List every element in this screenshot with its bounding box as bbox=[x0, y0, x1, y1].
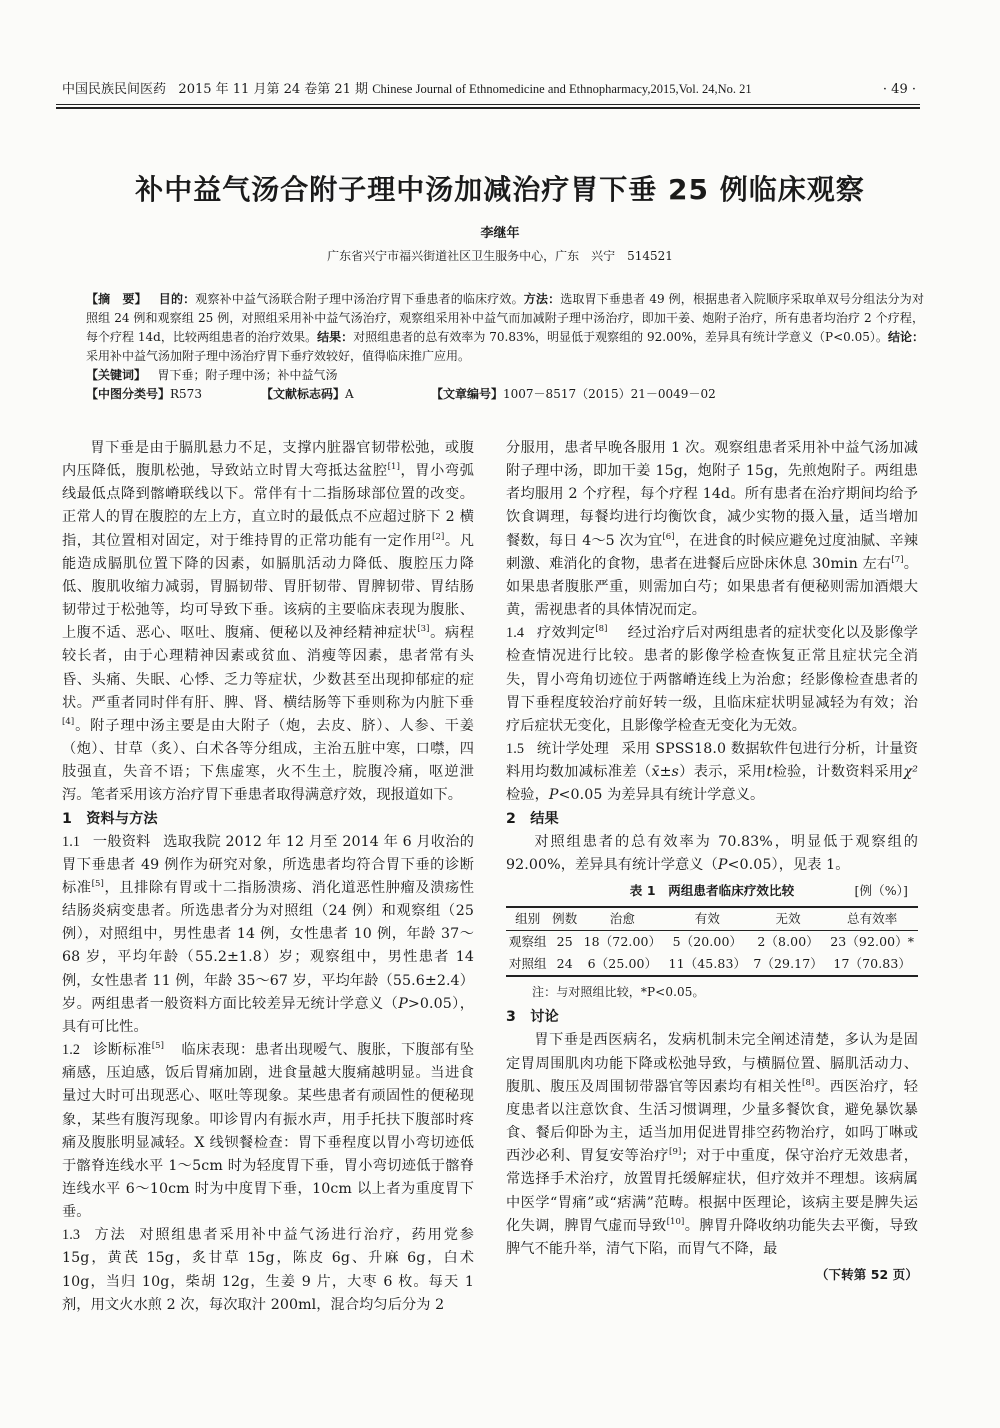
abstract-label: 【摘 要】 bbox=[86, 292, 147, 306]
table-row: 对照组 24 6（25.00） 11（45.83） 7（29.17） 17（70… bbox=[506, 953, 918, 976]
citation: [3] bbox=[417, 624, 429, 634]
body-column-right: 分服用，患者早晚各服用 1 次。观察组患者采用补中益气汤加减附子理中汤，即加干姜… bbox=[506, 437, 918, 1286]
body-column-left: 胃下垂是由于膈肌悬力不足，支撑内脏器官韧带松弛，或腹内压降低，腹肌松弛，导致站立… bbox=[62, 437, 474, 1317]
section-1-5: 1.5统计学处理采用 SPSS18.0 数据软件包进行分析，计量资料用均数加减标… bbox=[506, 738, 918, 807]
subsection-number: 1.4 bbox=[506, 625, 524, 641]
table-cell: 7（29.17） bbox=[750, 953, 827, 976]
keywords-label: 【关键词】 bbox=[86, 368, 146, 382]
section-1-heading: 1 资料与方法 bbox=[62, 808, 474, 831]
subsection-number: 1.3 bbox=[62, 1227, 80, 1243]
subsection-text: 检验，计数资料采用 bbox=[772, 764, 903, 780]
table-unit: [例（%）] bbox=[855, 879, 908, 902]
clc-label: 【中图分类号】 bbox=[86, 387, 170, 401]
table-caption: 表 1 两组患者临床疗效比较 [例（%）] bbox=[506, 879, 918, 902]
article-title: 补中益气汤合附子理中汤加减治疗胃下垂 25 例临床观察 bbox=[0, 170, 1000, 210]
doc-code-label: 【文献标志码】 bbox=[261, 387, 345, 401]
section-1-4: 1.4疗效判定[8]经过治疗后对两组患者的症状变化以及影像学检查情况进行比较。患… bbox=[506, 622, 918, 738]
article-no-value: 1007－8517（2015）21－0049－02 bbox=[503, 387, 716, 401]
table-cell: 5（20.00） bbox=[665, 931, 750, 954]
abstract: 【摘 要】 目的：观察补中益气汤联合附子理中汤治疗胃下垂患者的临床疗效。方法：选… bbox=[86, 290, 924, 404]
doc-code-item: 【文献标志码】A bbox=[261, 385, 431, 404]
keywords-line: 【关键词】 胃下垂；附子理中汤；补中益气汤 bbox=[86, 366, 924, 385]
subsection-text: 临床表现：患者出现嗳气、腹胀，下腹部有坠痛感，压迫感，饭后胃痛加剧，进食量越大腹… bbox=[62, 1042, 474, 1220]
results-table: 组别 例数 治愈 有效 无效 总有效率 观察组 25 18（72.00） 5（2… bbox=[506, 906, 918, 977]
citation: [1] bbox=[388, 462, 400, 472]
conclusion-label: 结论： bbox=[888, 330, 924, 344]
keywords: 胃下垂；附子理中汤；补中益气汤 bbox=[157, 368, 337, 382]
article-no-label: 【文章编号】 bbox=[431, 387, 503, 401]
table-header-cell: 治愈 bbox=[580, 907, 665, 931]
table-header-row: 组别 例数 治愈 有效 无效 总有效率 bbox=[506, 907, 918, 931]
citation: [7] bbox=[891, 555, 903, 565]
subsection-label: 方法 bbox=[93, 1227, 127, 1243]
result-label: 结果： bbox=[317, 330, 353, 344]
intro-paragraph: 胃下垂是由于膈肌悬力不足，支撑内脏器官韧带松弛，或腹内压降低，腹肌松弛，导致站立… bbox=[62, 437, 474, 808]
subsection-text: <0.05 为差异具有统计学意义。 bbox=[559, 787, 765, 803]
citation: [5] bbox=[152, 1041, 164, 1051]
header-rule-thick bbox=[56, 107, 920, 109]
results-text: 对照组患者的总有效率为 70.83%，明显低于观察组的 92.00%，差异具有统… bbox=[506, 834, 918, 873]
section-1-2: 1.2诊断标准[5]临床表现：患者出现嗳气、腹胀，下腹部有坠痛感，压迫感，饭后胃… bbox=[62, 1039, 474, 1224]
discussion-paragraph: 胃下垂是西医病名，发病机制未完全阐述清楚，多认为是固定胃周围肌肉功能下降或松弛导… bbox=[506, 1029, 918, 1261]
doc-code-value: A bbox=[345, 387, 354, 401]
citation: [5] bbox=[92, 879, 104, 889]
running-header: 中国民族民间医药 2015 年 11 月第 24 卷第 21 期 Chinese… bbox=[62, 80, 916, 99]
journal-name-en: Chinese Journal of Ethnomedicine and Eth… bbox=[372, 82, 751, 96]
abstract-body: 【摘 要】 目的：观察补中益气汤联合附子理中汤治疗胃下垂患者的临床疗效。方法：选… bbox=[86, 290, 924, 366]
section-1-3-continued: 分服用，患者早晚各服用 1 次。观察组患者采用补中益气汤加减附子理中汤，即加干姜… bbox=[506, 437, 918, 622]
table-title: 表 1 两组患者临床疗效比较 bbox=[630, 883, 794, 898]
table-cell: 观察组 bbox=[506, 931, 550, 954]
table-cell: 18（72.00） bbox=[580, 931, 665, 954]
subsection-label: 诊断标准 bbox=[93, 1042, 152, 1058]
table-cell: 25 bbox=[550, 931, 580, 954]
section-3-heading: 3 讨论 bbox=[506, 1006, 918, 1029]
citation: [8] bbox=[802, 1078, 814, 1088]
subsection-number: 1.1 bbox=[62, 834, 80, 850]
citation: [8] bbox=[595, 624, 607, 634]
affiliation: 广东省兴宁市福兴街道社区卫生服务中心，广东 兴宁 514521 bbox=[0, 247, 1000, 264]
header-journal-info: 中国民族民间医药 2015 年 11 月第 24 卷第 21 期 Chinese… bbox=[62, 80, 752, 99]
table-cell: 11（45.83） bbox=[665, 953, 750, 976]
section-1-1: 1.1一般资料选取我院 2012 年 12 月至 2014 年 6 月收治的胃下… bbox=[62, 831, 474, 1039]
citation: [4] bbox=[62, 717, 74, 727]
clc-value: R573 bbox=[170, 387, 202, 401]
table-cell: 对照组 bbox=[506, 953, 550, 976]
author: 李继年 bbox=[0, 222, 1000, 241]
table-header-cell: 组别 bbox=[506, 907, 550, 931]
subsection-number: 1.2 bbox=[62, 1042, 80, 1058]
classification-line: 【中图分类号】R573 【文献标志码】A 【文章编号】1007－8517（201… bbox=[86, 385, 924, 404]
table-header-cell: 有效 bbox=[665, 907, 750, 931]
results-paragraph: 对照组患者的总有效率为 70.83%，明显低于观察组的 92.00%，差异具有统… bbox=[506, 831, 918, 877]
table-cell: 24 bbox=[550, 953, 580, 976]
continued-on-page: （下转第 52 页） bbox=[506, 1263, 918, 1286]
clc-item: 【中图分类号】R573 bbox=[86, 385, 261, 404]
header-rule bbox=[56, 104, 920, 105]
subsection-text: 检验， bbox=[506, 787, 549, 803]
subsection-text: ，且排除有胃或十二指肠溃疡、消化道恶性肿瘤及溃疡性结肠炎病变患者。所选患者分为对… bbox=[62, 880, 474, 1012]
citation: [9] bbox=[669, 1147, 681, 1157]
journal-name-cn: 中国民族民间医药 bbox=[62, 82, 166, 97]
mean-sd-symbol: x̄±s bbox=[651, 764, 678, 780]
subsection-text: ）表示，采用 bbox=[679, 764, 767, 780]
purpose-text: 观察补中益气汤联合附子理中汤治疗胃下垂患者的临床疗效。 bbox=[195, 292, 523, 306]
p-symbol: P bbox=[549, 787, 559, 803]
table-cell: 6（25.00） bbox=[580, 953, 665, 976]
table-header-cell: 无效 bbox=[750, 907, 827, 931]
subsection-label: 疗效判定 bbox=[537, 625, 595, 641]
results-text: <0.05），见表 1。 bbox=[728, 857, 850, 873]
section-2-heading: 2 结果 bbox=[506, 808, 918, 831]
p-symbol: P bbox=[398, 996, 408, 1012]
chi-square-symbol: χ² bbox=[904, 764, 919, 780]
table-cell: 17（70.83） bbox=[826, 953, 918, 976]
table-cell: 23（92.00）* bbox=[826, 931, 918, 954]
result-text: 对照组患者的总有效率为 70.83%，明显低于观察组的 92.00%，差异具有统… bbox=[353, 330, 888, 344]
subsection-label: 一般资料 bbox=[93, 834, 151, 850]
table-row: 观察组 25 18（72.00） 5（20.00） 2（8.00） 23（92.… bbox=[506, 931, 918, 954]
purpose-label: 目的： bbox=[159, 292, 196, 306]
section-1-3: 1.3方法对照组患者采用补中益气汤进行治疗，药用党参 15g，黄芪 15g，炙甘… bbox=[62, 1224, 474, 1317]
method-label: 方法： bbox=[524, 292, 561, 306]
issue-info-cn: 2015 年 11 月第 24 卷第 21 期 bbox=[178, 82, 368, 97]
intro-text: 。附子理中汤主要是由大附子（炮，去皮、脐）、人参、干姜（炮）、甘草（炙）、白术各… bbox=[62, 718, 474, 803]
table-header-cell: 例数 bbox=[550, 907, 580, 931]
citation: [6] bbox=[662, 532, 674, 542]
subsection-text: 经过治疗后对两组患者的症状变化以及影像学检查情况进行比较。患者的影像学检查恢复正… bbox=[506, 625, 918, 734]
citation: [10] bbox=[667, 1217, 685, 1227]
subsection-label: 统计学处理 bbox=[537, 741, 609, 757]
page-number: · 49 · bbox=[883, 81, 916, 99]
article-no-item: 【文章编号】1007－8517（2015）21－0049－02 bbox=[431, 385, 716, 404]
conclusion-text: 采用补中益气汤加附子理中汤治疗胃下垂疗效较好，值得临床推广应用。 bbox=[86, 349, 470, 363]
subsection-number: 1.5 bbox=[506, 741, 524, 757]
citation: [2] bbox=[432, 532, 444, 542]
table-header-cell: 总有效率 bbox=[826, 907, 918, 931]
p-symbol: P bbox=[718, 857, 728, 873]
table-note: 注：与对照组比较，*P<0.05。 bbox=[506, 981, 918, 1004]
table-cell: 2（8.00） bbox=[750, 931, 827, 954]
